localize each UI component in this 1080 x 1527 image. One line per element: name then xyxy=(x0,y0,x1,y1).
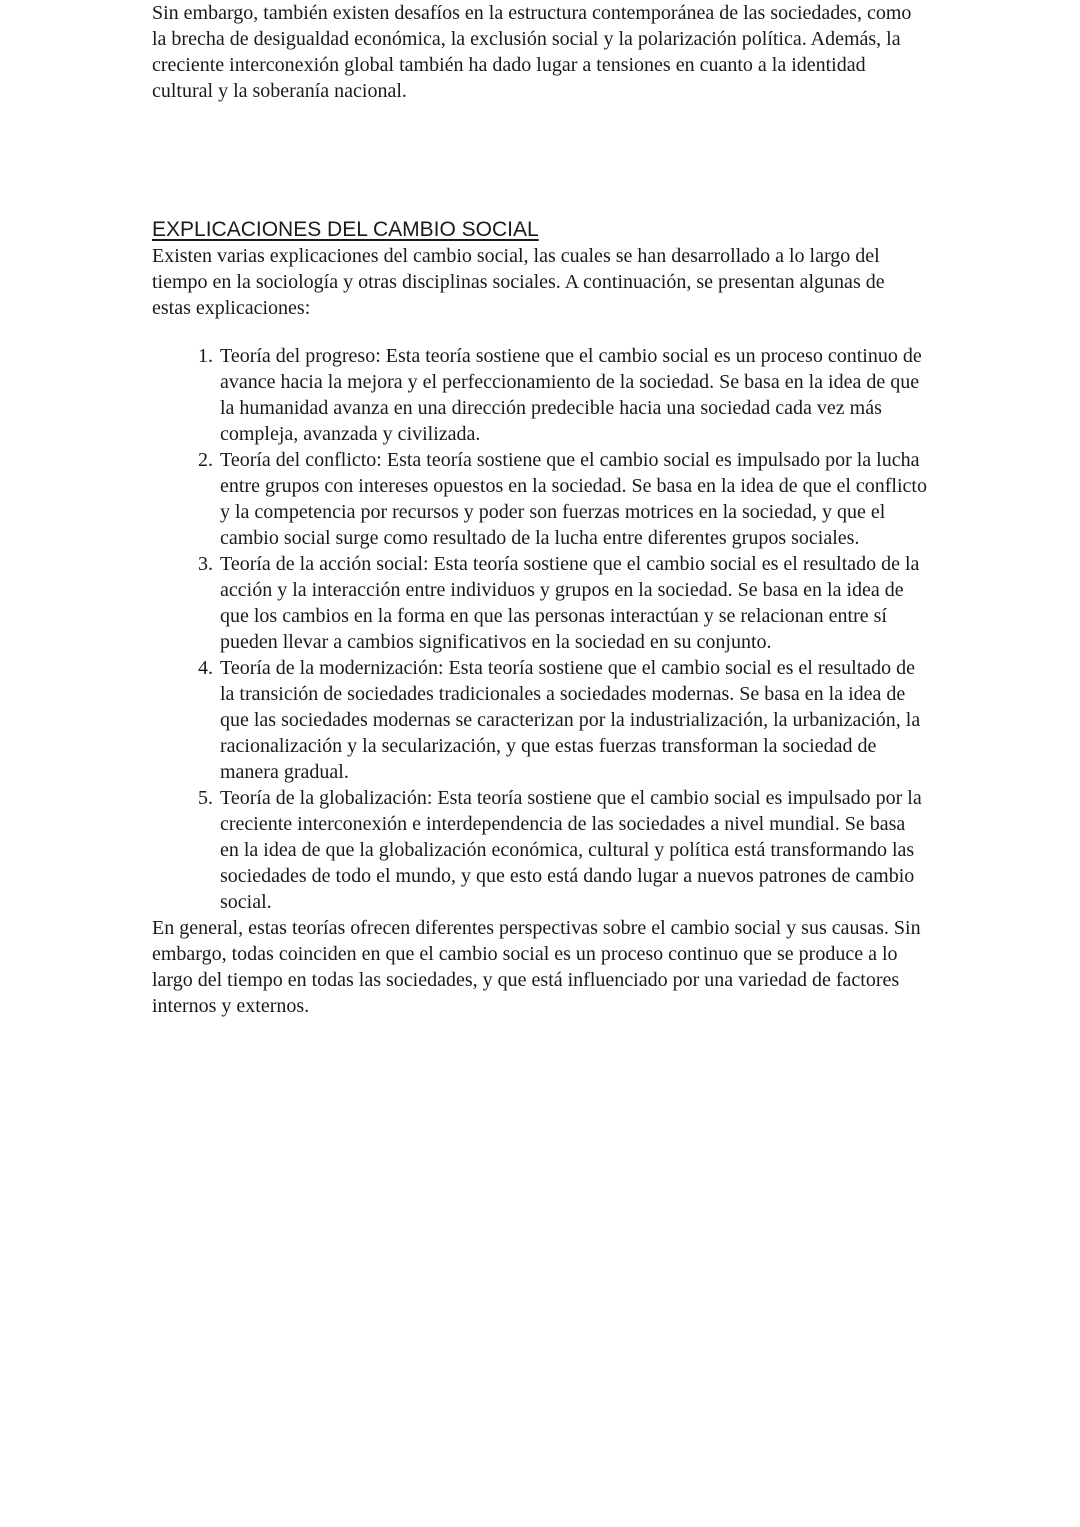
theory-item-globalizacion: Teoría de la globalización: Esta teoría … xyxy=(218,785,928,915)
conclusion-paragraph: En general, estas teorías ofrecen difere… xyxy=(152,915,928,1019)
document-content: Sin embargo, también existen desafíos en… xyxy=(152,0,928,1019)
theory-item-accion-social: Teoría de la acción social: Esta teoría … xyxy=(218,551,928,655)
section-heading: EXPLICACIONES DEL CAMBIO SOCIAL xyxy=(152,217,928,243)
theories-list: Teoría del progreso: Esta teoría sostien… xyxy=(152,343,928,915)
document-page: Sin embargo, también existen desafíos en… xyxy=(0,0,1080,1527)
theory-item-modernizacion: Teoría de la modernización: Esta teoría … xyxy=(218,655,928,785)
intro-paragraph: Sin embargo, también existen desafíos en… xyxy=(152,0,928,104)
explanations-intro-paragraph: Existen varias explicaciones del cambio … xyxy=(152,243,928,321)
theory-item-conflicto: Teoría del conflicto: Esta teoría sostie… xyxy=(218,447,928,551)
theory-item-progreso: Teoría del progreso: Esta teoría sostien… xyxy=(218,343,928,447)
